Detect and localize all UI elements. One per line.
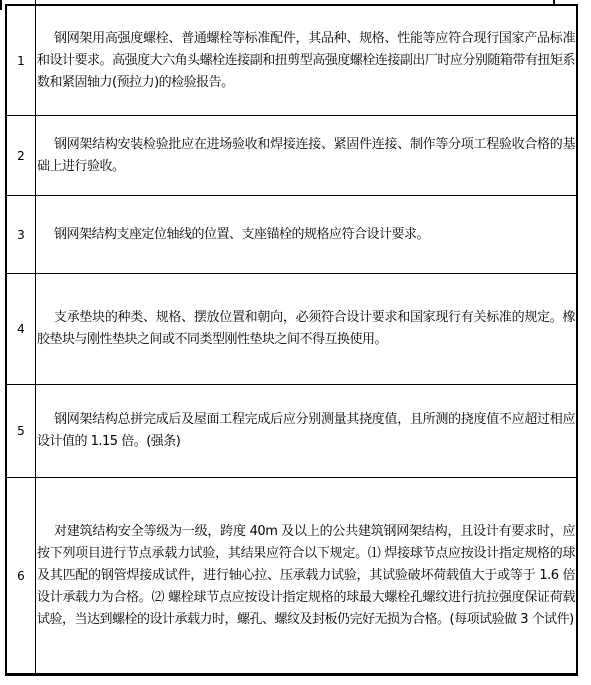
row-number: 3: [7, 196, 36, 273]
table-row: 5 钢网架结构总拼完成后及屋面工程完成后应分别测量其挠度值，且所测的挠度值不应超…: [7, 385, 576, 478]
row-text: 钢网架结构支座定位轴线的位置、支座锚栓的规格应符合设计要求。: [36, 224, 576, 246]
table-row: 3 钢网架结构支座定位轴线的位置、支座锚栓的规格应符合设计要求。: [7, 196, 576, 274]
table-row: 4 支承垫块的种类、规格、摆放位置和朝向，必须符合设计要求和国家现行有关标准的规…: [7, 274, 576, 385]
row-number: 6: [7, 478, 36, 673]
table-row: 2 钢网架结构安装检验批应在进场验收和焊接连接、紧固件连接、制作等分项工程验收合…: [7, 116, 576, 196]
row-text-cell: 钢网架结构支座定位轴线的位置、支座锚栓的规格应符合设计要求。: [36, 196, 576, 273]
crop-line-artifact-left: [0, 0, 2, 10]
row-text: 钢网架结构总拼完成后及屋面工程完成后应分别测量其挠度值，且所测的挠度值不应超过相…: [36, 409, 576, 453]
row-number: 5: [7, 385, 36, 477]
row-text-cell: 钢网架结构总拼完成后及屋面工程完成后应分别测量其挠度值，且所测的挠度值不应超过相…: [36, 385, 576, 477]
row-text: 钢网架结构安装检验批应在进场验收和焊接连接、紧固件连接、制作等分项工程验收合格的…: [36, 134, 576, 178]
row-text-cell: 对建筑结构安全等级为一级，跨度 40m 及以上的公共建筑钢网架结构，且设计有要求…: [36, 478, 576, 673]
row-number: 1: [7, 6, 36, 115]
row-text-cell: 支承垫块的种类、规格、摆放位置和朝向，必须符合设计要求和国家现行有关标准的规定。…: [36, 274, 576, 384]
row-text-cell: 钢网架用高强度螺栓、普通螺栓等标准配件，其品种、规格、性能等应符合现行国家产品标…: [36, 6, 576, 115]
row-text: 钢网架用高强度螺栓、普通螺栓等标准配件，其品种、规格、性能等应符合现行国家产品标…: [36, 28, 576, 94]
row-number: 2: [7, 116, 36, 195]
requirements-table: 1 钢网架用高强度螺栓、普通螺栓等标准配件，其品种、规格、性能等应符合现行国家产…: [5, 4, 578, 676]
document-page: 1 钢网架用高强度螺栓、普通螺栓等标准配件，其品种、规格、性能等应符合现行国家产…: [0, 0, 591, 685]
table-row: 6 对建筑结构安全等级为一级，跨度 40m 及以上的公共建筑钢网架结构，且设计有…: [7, 478, 576, 673]
row-text-cell: 钢网架结构安装检验批应在进场验收和焊接连接、紧固件连接、制作等分项工程验收合格的…: [36, 116, 576, 195]
table-row: 1 钢网架用高强度螺栓、普通螺栓等标准配件，其品种、规格、性能等应符合现行国家产…: [7, 6, 576, 116]
row-number: 4: [7, 274, 36, 384]
row-text: 支承垫块的种类、规格、摆放位置和朝向，必须符合设计要求和国家现行有关标准的规定。…: [36, 307, 576, 351]
row-text: 对建筑结构安全等级为一级，跨度 40m 及以上的公共建筑钢网架结构，且设计有要求…: [36, 521, 576, 631]
